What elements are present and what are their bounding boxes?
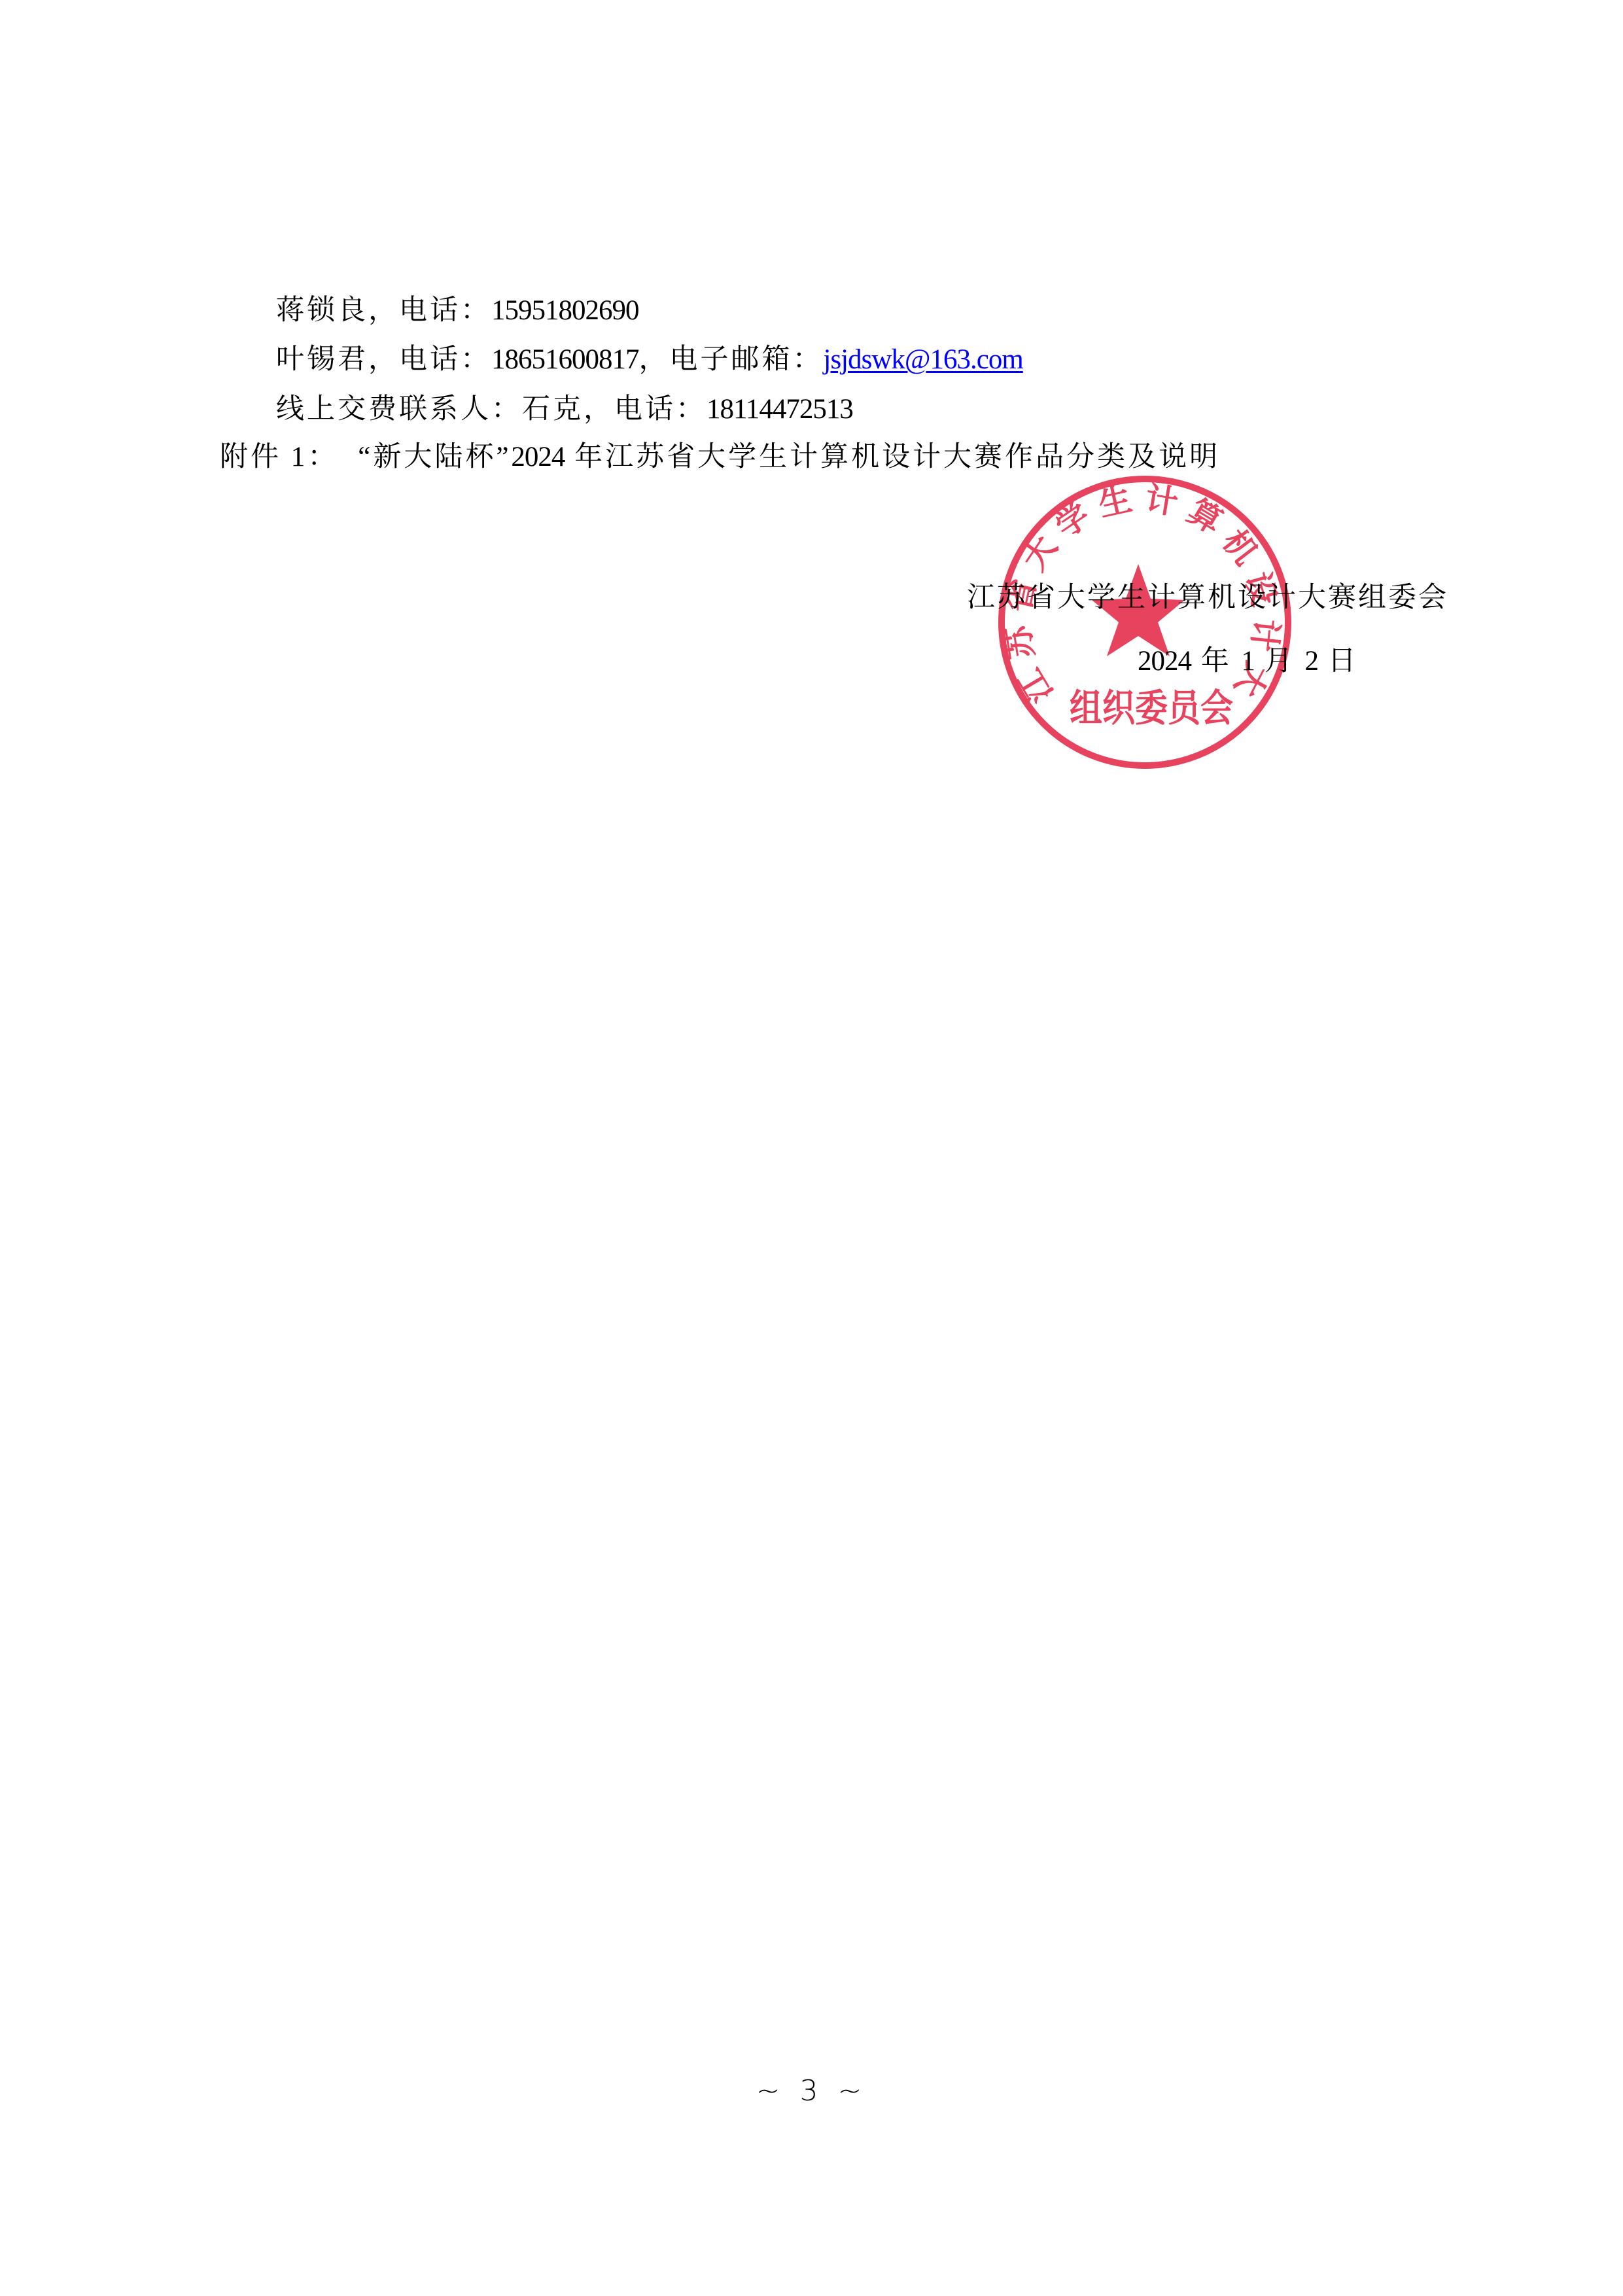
date-day-unit: 日 bbox=[1318, 646, 1359, 677]
phone-number: 15951802690 bbox=[491, 295, 639, 326]
phone-label: 电话： bbox=[399, 344, 491, 375]
date-year-unit: 年 bbox=[1191, 646, 1242, 677]
separator: ， bbox=[584, 394, 614, 425]
document-page: 蒋锁良，电话：15951802690 叶锡君，电话：18651600817，电子… bbox=[0, 0, 1623, 2296]
date-month: 1 bbox=[1242, 646, 1255, 677]
attachment-line: 附件 1：“新大陆杯”2024 年江苏省大学生计算机设计大赛作品分类及说明 bbox=[220, 440, 1220, 474]
signature-date: 2024 年 1 月 2 日 bbox=[1138, 645, 1359, 679]
signature-organization: 江苏省大学生计算机设计大赛组委会 bbox=[967, 581, 1448, 615]
date-year: 2024 bbox=[1138, 646, 1191, 677]
email-label: 电子邮箱： bbox=[670, 344, 824, 375]
contact-name: 叶锡君 bbox=[276, 344, 368, 375]
date-day: 2 bbox=[1305, 646, 1319, 677]
phone-label: 电话： bbox=[614, 394, 707, 425]
phone-label: 电话： bbox=[399, 295, 491, 326]
email-link[interactable]: jsjdswk@163.com bbox=[824, 344, 1023, 375]
attachment-title-suffix: 年江苏省大学生计算机设计大赛作品分类及说明 bbox=[565, 442, 1220, 472]
attachment-label: 附件 1： bbox=[220, 442, 338, 472]
seal-ring bbox=[1002, 479, 1288, 766]
attachment-year: 2024 bbox=[511, 442, 565, 472]
date-month-unit: 月 bbox=[1255, 646, 1305, 677]
contact-name: 线上交费联系人：石克 bbox=[276, 394, 584, 425]
official-seal: 江苏省大学生计算机设计大赛 组织委员会 bbox=[981, 458, 1308, 798]
seal-bottom-text: 组织委员会 bbox=[1070, 686, 1233, 730]
separator: ， bbox=[368, 344, 399, 375]
contact-line-3: 线上交费联系人：石克，电话：18114472513 bbox=[276, 393, 853, 427]
page-number: ~ 3 ~ bbox=[0, 2074, 1623, 2108]
separator: ， bbox=[368, 295, 399, 326]
contact-line-1: 蒋锁良，电话：15951802690 bbox=[276, 294, 639, 328]
phone-number: 18651600817 bbox=[491, 344, 639, 375]
contact-name: 蒋锁良 bbox=[276, 295, 368, 326]
attachment-title-prefix: “新大陆杯” bbox=[358, 442, 511, 472]
phone-number: 18114472513 bbox=[707, 394, 853, 425]
separator: ， bbox=[639, 344, 670, 375]
contact-line-2: 叶锡君，电话：18651600817，电子邮箱：jsjdswk@163.com bbox=[276, 343, 1023, 377]
